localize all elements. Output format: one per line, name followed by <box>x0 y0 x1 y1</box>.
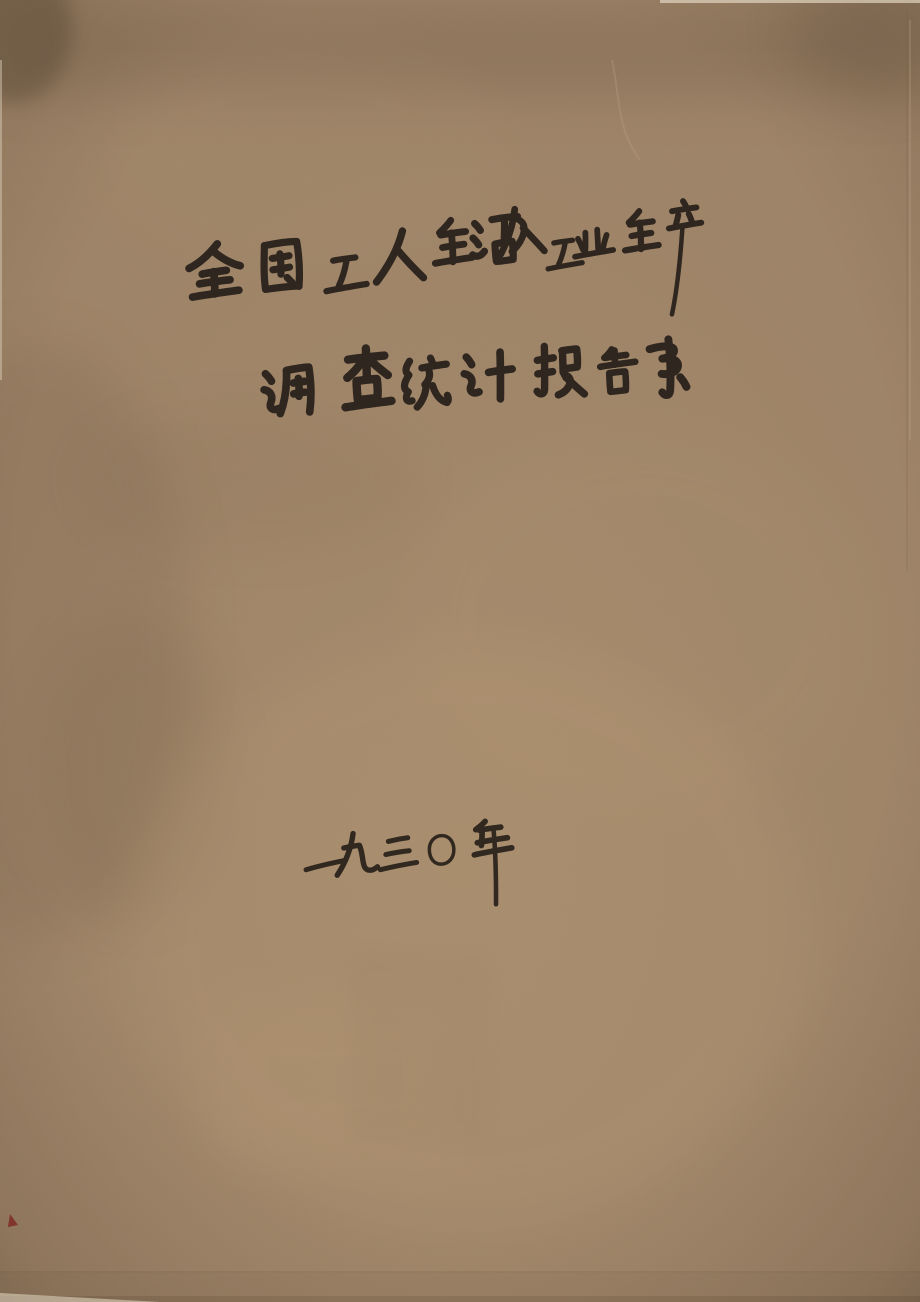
center-highlight <box>0 0 920 1302</box>
cover-art <box>0 0 920 1302</box>
document-cover-scan: 全国工人生活及工业生产 调查统计报告书 一九三〇年 <box>0 0 920 1302</box>
